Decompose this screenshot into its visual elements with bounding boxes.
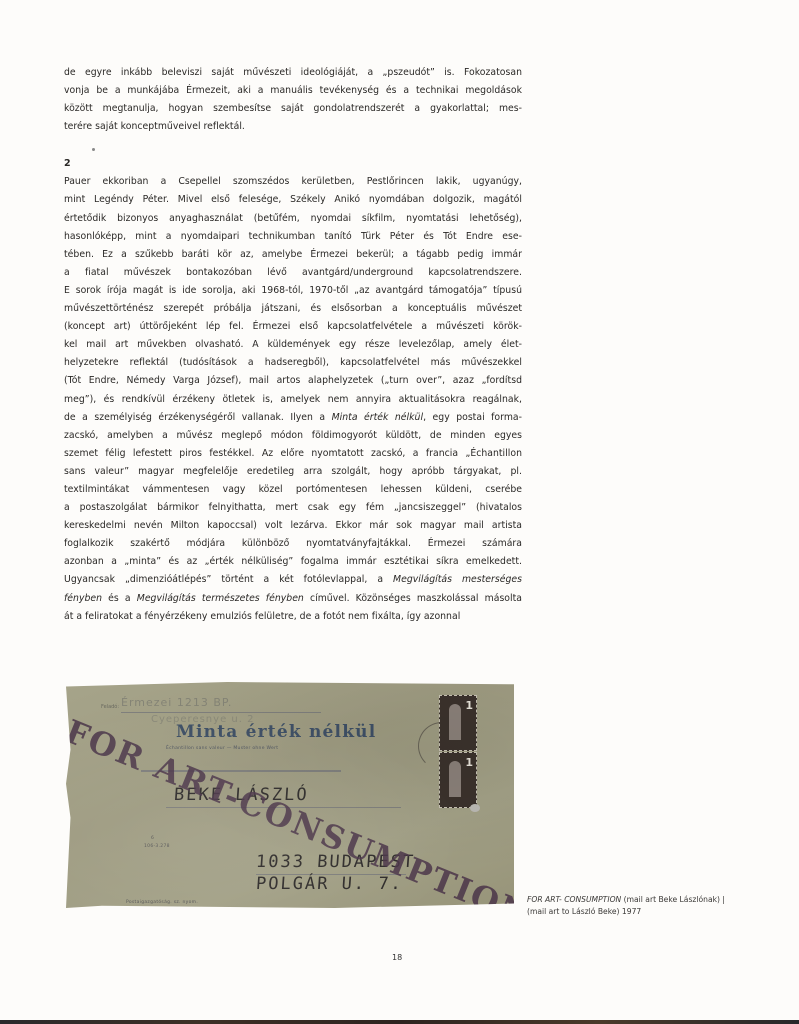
text-line: sans valeur” magyar megfelelője eredetil… xyxy=(64,463,522,481)
text-line: hasonlóképp, mint a nyomdaipari techniku… xyxy=(64,228,522,246)
envelope-photo: Feladó: Érmezei 1213 BP. Cyeperesnye u. … xyxy=(66,682,514,908)
text-line: között megtanulja, hogyan szembesítse sa… xyxy=(64,100,522,118)
text-line: értetődik bizonyos anyaghasználat (betűf… xyxy=(64,210,522,228)
text-line: zacskó, amelyben a művész meglepő módon … xyxy=(64,427,522,445)
text-line: át a feliratokat a fényérzékeny emulziós… xyxy=(64,608,522,626)
rule xyxy=(121,712,321,713)
figure-caption: FOR ART- CONSUMPTION (mail art Beke Lász… xyxy=(527,894,787,918)
small-print: 6 xyxy=(151,836,154,841)
text-line: meg”), és rendkívül érzékeny ötletek is,… xyxy=(64,391,522,409)
caption-title: FOR ART- CONSUMPTION xyxy=(527,895,621,904)
sender-label: Feladó: xyxy=(101,704,119,710)
milton-clip xyxy=(470,804,480,812)
intro-paragraph: de egyre inkább beleviszi saját művészet… xyxy=(64,64,522,136)
stamp-value: 1 xyxy=(465,699,473,712)
text-line: vonja be a munkájába Érmezeit, aki a man… xyxy=(64,82,522,100)
text-line: a postaszolgálat bármikor felnyithatta, … xyxy=(64,499,522,517)
postage-stamp: 1 xyxy=(439,752,477,808)
text-line: kel mail art művekben olvasható. A külde… xyxy=(64,336,522,354)
printed-subtitle: Échantillon sans valeur — Muster ohne We… xyxy=(166,745,346,752)
tower-icon xyxy=(449,761,461,797)
text-line: textilmintákat vámmentesen vagy közel po… xyxy=(64,481,522,499)
text-line: fényben és a Megvilágítás természetes fé… xyxy=(64,590,522,608)
text-line: művészettörténész szerepét próbálja játs… xyxy=(64,300,522,318)
text-line: azonban a „minta” és az „érték nélkülisé… xyxy=(64,553,522,571)
text-line: (Tót Endre, Némedy Varga József), mail a… xyxy=(64,372,522,390)
stamp-value: 1 xyxy=(465,756,473,769)
small-print: 106-3.278 xyxy=(144,844,170,849)
page-number: 18 xyxy=(392,953,402,962)
text-line: mint Legéndy Péter. Mivel első felesége,… xyxy=(64,191,522,209)
caption-text-en: (mail art to László Beke) 1977 xyxy=(527,907,641,916)
text-line: a fiatal művészek bontakozóban lévő avan… xyxy=(64,264,522,282)
text-line: kereskedelmi nevén Milton kapoccsal) vol… xyxy=(64,517,522,535)
scan-edge xyxy=(0,1020,799,1024)
text-line: (koncept art) úttörőjeként lép fel. Érme… xyxy=(64,318,522,336)
text-line: foglalkozik szakértő módjára különböző n… xyxy=(64,535,522,553)
article-body: de egyre inkább beleviszi saját művészet… xyxy=(64,64,522,626)
print-speck xyxy=(92,148,95,151)
text-line: terére saját konceptműveivel reflektál. xyxy=(64,118,522,136)
text-line: E sorok írója magát is ide sorolja, aki … xyxy=(64,282,522,300)
text-line: helyzetekre reflektál (tudósítások a had… xyxy=(64,354,522,372)
text-line: de a személyiség érzékenységéről vallana… xyxy=(64,409,522,427)
printed-title: Minta érték nélkül xyxy=(176,722,376,742)
postage-stamp: 1 xyxy=(439,695,477,751)
text-line: de egyre inkább beleviszi saját művészet… xyxy=(64,64,522,82)
caption-text: (mail art Beke Lászlónak) | xyxy=(621,895,725,904)
text-line: szemet félig lefestett piros festékkel. … xyxy=(64,445,522,463)
text-line: tében. Ez a szűkebb baráti kör az, amely… xyxy=(64,246,522,264)
text-line: Pauer ekkoriban a Csepellel szomszédos k… xyxy=(64,173,522,191)
postage-stamps: 1 1 xyxy=(439,695,477,807)
text-line: Ugyancsak „dimenzióátlépés” történt a ké… xyxy=(64,571,522,589)
small-print: Postaigazgatóság. sz. nyom. xyxy=(126,900,198,905)
tower-icon xyxy=(449,704,461,740)
sender-handwriting: Érmezei 1213 BP. xyxy=(121,696,232,709)
section-number: 2 xyxy=(64,154,522,173)
section-2-paragraph: Pauer ekkoriban a Csepellel szomszédos k… xyxy=(64,173,522,625)
